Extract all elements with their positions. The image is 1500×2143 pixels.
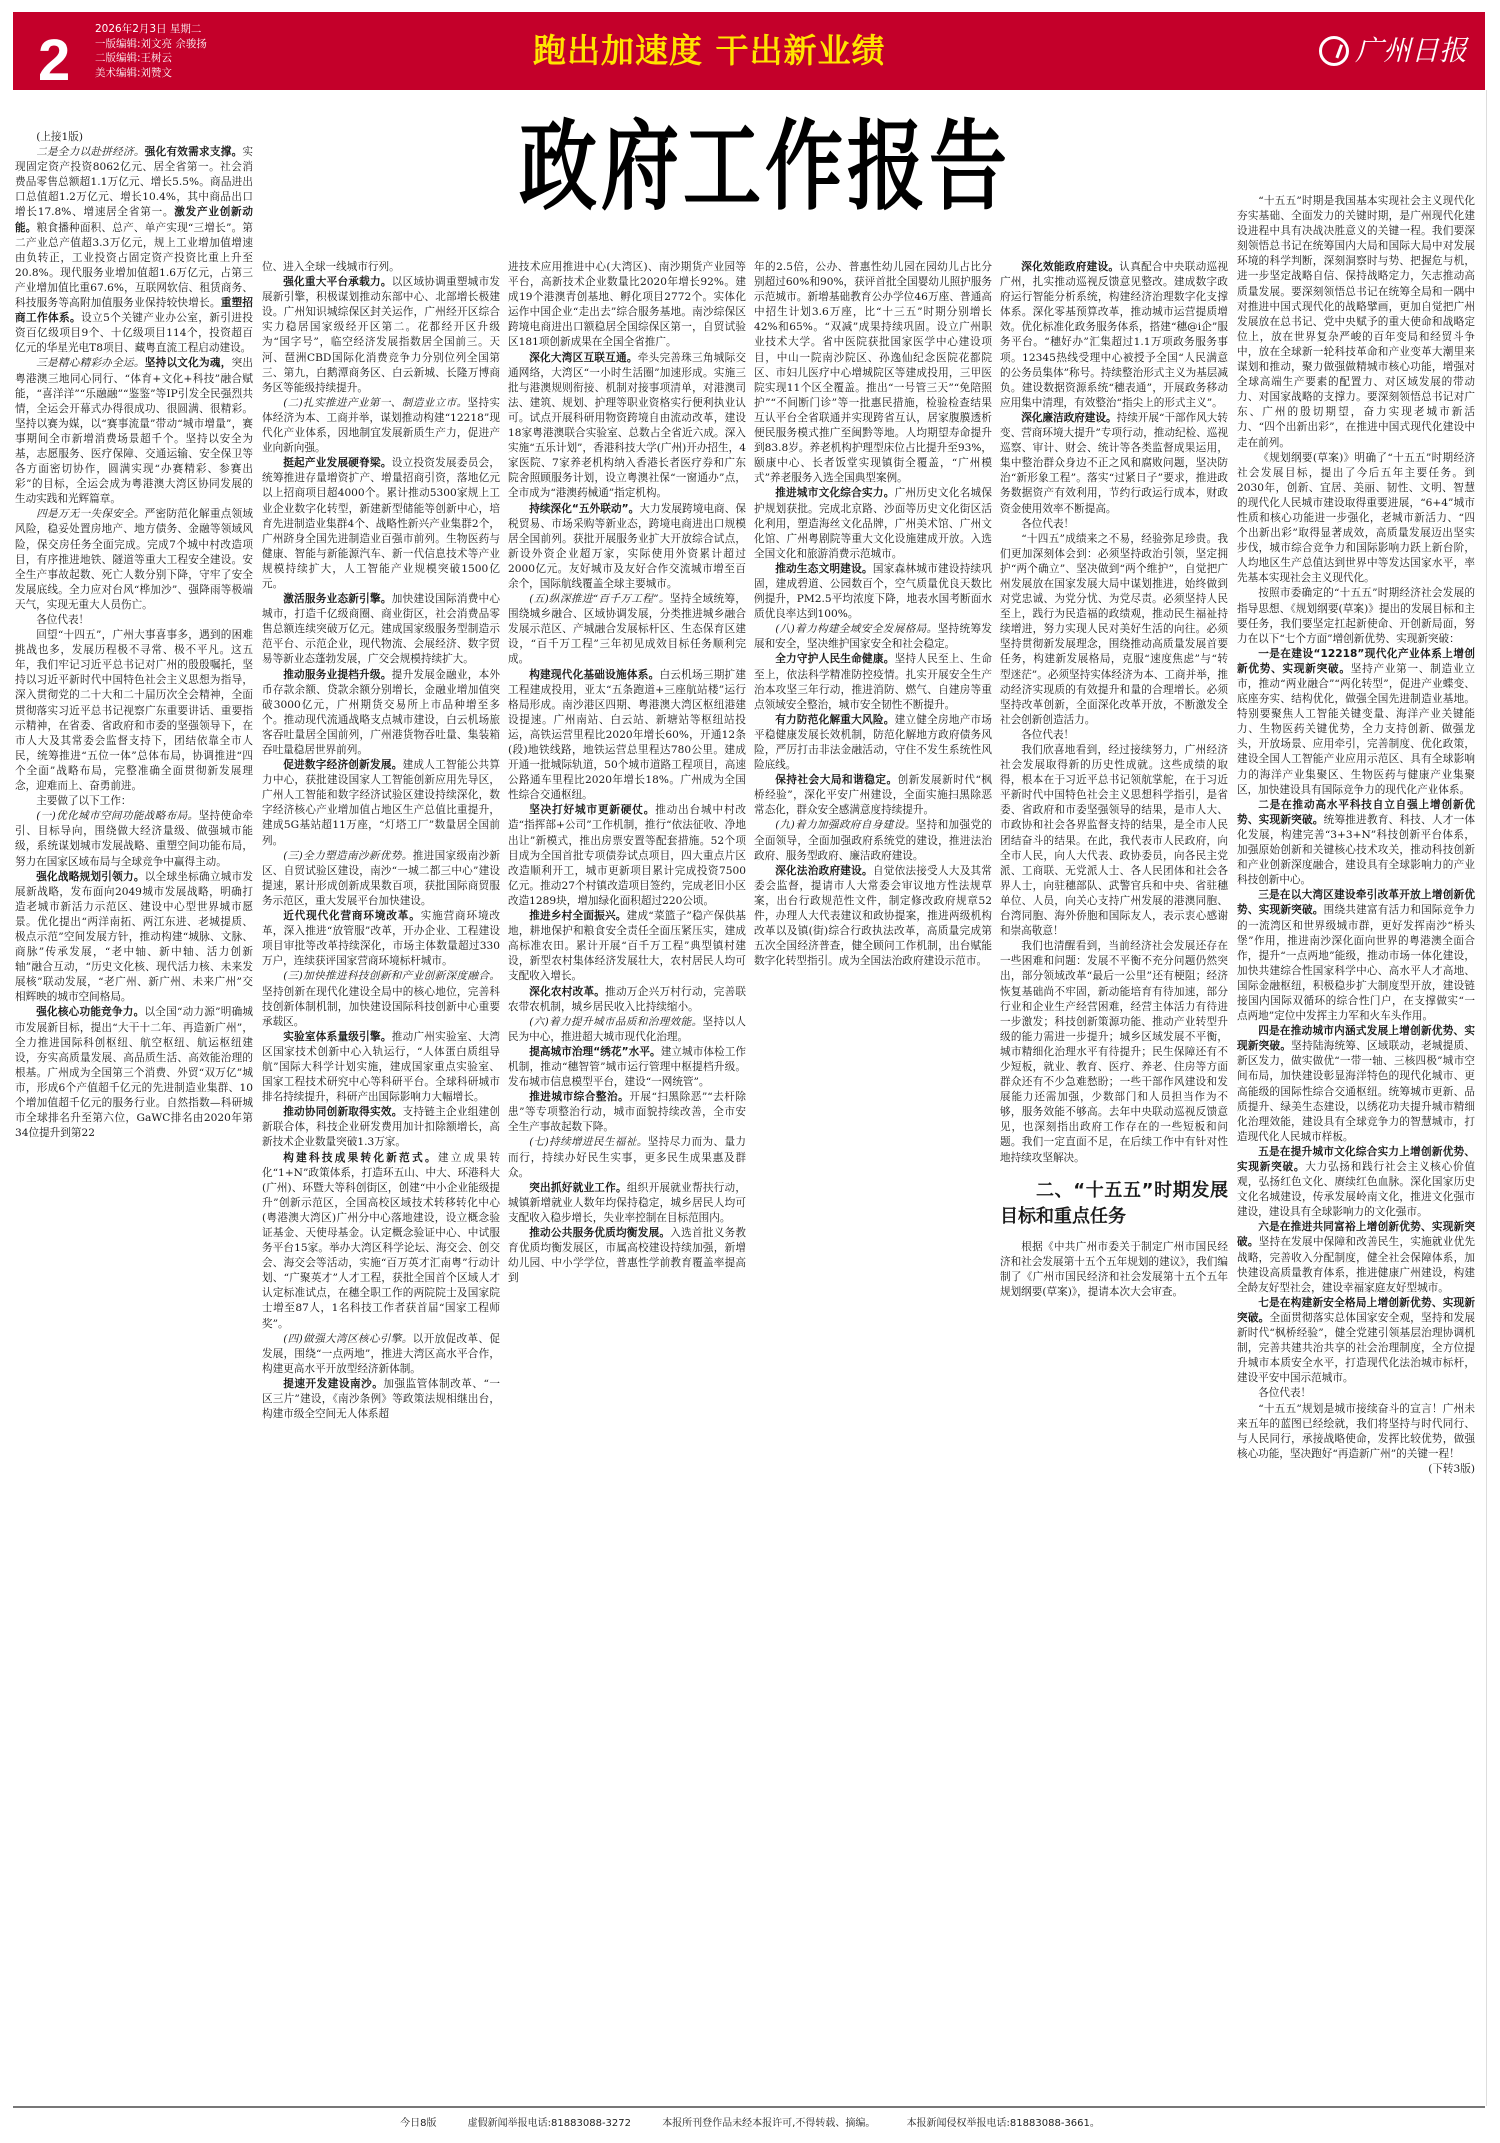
paragraph: “十五五”规划是城市接续奋斗的宣言！广州未来五年的蓝图已经绘就，我们将坚持与时代… <box>1237 1402 1475 1462</box>
paragraph: 深化大湾区互联互通。牵头完善珠三角城际交通网络，大湾区“一小时生活圈”加速形成。… <box>508 351 746 502</box>
paragraph: 按照市委确定的“十五五”时期经济社会发展的指导思想、《规划纲要(草案)》提出的发… <box>1237 586 1475 646</box>
masthead-banner: 2 2026年2月3日 星期二 一版编辑:刘文亮 佘骏扬 二版编辑:王树云 美术… <box>13 12 1485 90</box>
article-column-6: “十五五”时期是我国基本实现社会主义现代化夯实基础、全面发力的关键时期，是广州现… <box>1237 130 1475 2095</box>
continued-to-note: (下转3版) <box>1237 1462 1475 1477</box>
paragraph: 深化廉洁政府建设。持续开展“干部作风大转变、营商环境大提升”专项行动，推动纪检、… <box>1000 411 1228 517</box>
footer-copyright-notice: 本报所刊登作品未经本报许可,不得转载、摘编。 <box>662 2118 875 2129</box>
newspaper-logo: 广州日报 <box>1319 28 1467 74</box>
editor-line-2: 二版编辑:王树云 <box>95 51 207 66</box>
paragraph: 挺起产业发展硬脊梁。设立投资发展委员会，统筹推进存量增资扩产、增量招商引资，落地… <box>262 456 500 592</box>
page-headline: 政府工作报告 <box>500 106 1030 231</box>
paragraph: 推进乡村全面振兴。建成“菜篮子”稳产保供基地，耕地保护和粮食安全责任全面压紧压实… <box>508 909 746 984</box>
paragraph: 深化农村改革。推动万企兴万村行动，完善联农带农机制，城乡居民收入比持续缩小。 <box>508 985 746 1015</box>
paragraph: (三)全力塑造南沙新优势。推进国家级南沙新区、自贸试验区建设，南沙“一城二都三中… <box>262 849 500 909</box>
paragraph: 根据《中共广州市委关于制定广州市国民经济和社会发展第十五个五年规划的建议》，我们… <box>1000 1240 1228 1300</box>
paragraph: (九)着力加强政府自身建设。坚持和加强党的全面领导，全面加强政府系统党的建设，推… <box>754 818 992 863</box>
paragraph: 位、进入全球一线城市行列。 <box>262 260 500 275</box>
paragraph: 推动协同创新取得实效。支持链主企业组建创新联合体，科技企业研发费用加计扣除额增长… <box>262 1105 500 1150</box>
editor-line-3: 美术编辑:刘赞文 <box>95 66 207 81</box>
paragraph: 突出抓好就业工作。组织开展就业帮扶行动，城镇新增就业人数年均保持稳定，城乡居民人… <box>508 1181 746 1226</box>
paragraph: “十五五”时期是我国基本实现社会主义现代化夯实基础、全面发力的关键时期，是广州现… <box>1237 194 1475 451</box>
footer-divider <box>13 2106 1485 2108</box>
footer-page-count: 今日8版 <box>400 2118 436 2129</box>
paragraph: 七是在构建新安全格局上增创新优势、实现新突破。全面贯彻落实总体国家安全观，坚持和… <box>1237 1296 1475 1387</box>
continued-from-note: (上接1版) <box>15 130 253 145</box>
paragraph: 激活服务业态新引擎。加快建设国际消费中心城市，打造千亿级商圈、商业街区，社会消费… <box>262 592 500 667</box>
paragraph: 构建现代化基础设施体系。白云机场三期扩建工程建成投用，亚太“五条跑道+三座航站楼… <box>508 668 746 804</box>
paragraph: (二)扎实推进产业第一、制造业立市。坚持实体经济为本、工商并举，谋划推动构建“1… <box>262 396 500 456</box>
paragraph: (七)持续增进民生福祉。坚持尽力而为、量力而行，持续办好民生实事，更多民生成果惠… <box>508 1135 746 1180</box>
paragraph: 提速开发建设南沙。加强监管体制改革、“一区三片”建设，《南沙条例》等政策法规相继… <box>262 1377 500 1422</box>
paragraph: 坚决打好城市更新硬仗。推动出台城中村改造“指挥部+公司”工作机制，推行“依法征收… <box>508 803 746 909</box>
paragraph: 全力守护人民生命健康。坚持人民至上、生命至上，依法科学精准防控疫情。扎实开展安全… <box>754 652 992 712</box>
paragraph: 进技术应用推进中心(大湾区)、南沙期货产业园等平台，高新技术企业数量比2020年… <box>508 260 746 351</box>
paragraph: 深化效能政府建设。认真配合中央联动巡视广州，扎实推动巡视反馈意见整改。建成数字政… <box>1000 260 1228 411</box>
paragraph: 推进城市综合整治。开展“扫黑除恶”“去杆除患”等专项整治行动，城市面貌持续改善，… <box>508 1090 746 1135</box>
paragraph: 推进城市文化综合实力。广州历史文化名城保护规划获批。完成北京路、沙面等历史文化街… <box>754 486 992 561</box>
paragraph: 推动生态文明建设。国家森林城市建设持续巩固，建成碧道、公园数百个，空气质量优良天… <box>754 562 992 622</box>
issue-date: 2026年2月3日 星期二 <box>95 22 207 37</box>
article-column-5: 深化效能政府建设。认真配合中央联动巡视广州，扎实推动巡视反馈意见整改。建成数字政… <box>1000 260 1228 2095</box>
paragraph: (四)做强大湾区核心引擎。以开放促改革、促发展，围绕“一点两地”，推进大湾区高水… <box>262 1332 500 1377</box>
paragraph: 《规划纲要(草案)》明确了“十五五”时期经济社会发展目标，提出了今后五年主要任务… <box>1237 451 1475 587</box>
section-slogan: 跑出加速度 干出新业绩 <box>533 26 886 76</box>
paragraph: 保持社会大局和谐稳定。创新发展新时代“枫桥经验”，深化平安广州建设，全面实施扫黑… <box>754 773 992 818</box>
paragraph: 四是万无一失保安全。严密防范化解重点领域风险，稳妥处置房地产、地方债务、金融等领… <box>15 507 253 613</box>
paragraph: 二是全力以赴拼经济。强化有效需求支撑。实现固定资产投资8062亿元、居全省第一。… <box>15 145 253 356</box>
paragraph: 回望“十四五”，广州大事喜事多，遇到的困难挑战也多，发展历程极不寻常、极不平凡。… <box>15 628 253 794</box>
paragraph: 我们欣喜地看到，经过接续努力，广州经济社会发展取得新的历史性成就。这些成绩的取得… <box>1000 743 1228 939</box>
paragraph: (六)着力提升城市品质和治理效能。坚持以人民为中心，推进超大城市现代化治理。 <box>508 1015 746 1045</box>
page-footer: 今日8版 虚假新闻举报电话:81883088-3272 本报所刊登作品未经本报许… <box>0 2114 1500 2129</box>
footer-fake-news-hotline: 虚假新闻举报电话:81883088-3272 <box>468 2118 631 2129</box>
paragraph: 各位代表！ <box>15 613 253 628</box>
paragraph: 促进数字经济创新发展。建成人工智能公共算力中心，获批建设国家人工智能创新应用先导… <box>262 758 500 849</box>
paragraph: 强化战略规划引领力。以全球坐标确立城市发展新战略，发布面向2049城市发展战略，… <box>15 870 253 1006</box>
article-column-1: (上接1版) 二是全力以赴拼经济。强化有效需求支撑。实现固定资产投资8062亿元… <box>15 130 253 2095</box>
paragraph: 有力防范化解重大风险。建立健全房地产市场平稳健康发展长效机制，防范化解地方政府债… <box>754 713 992 773</box>
paragraph: 各位代表！ <box>1000 517 1228 532</box>
paragraph: 四是在推动城市内涵式发展上增创新优势、实现新突破。坚持陆海统筹、区域联动，老城提… <box>1237 1024 1475 1145</box>
paragraph: 二是在推动高水平科技自立自强上增创新优势、实现新突破。统筹推进教育、科技、人才一… <box>1237 798 1475 889</box>
paragraph: 五是在提升城市文化综合实力上增创新优势、实现新突破。大力弘扬和践行社会主义核心价… <box>1237 1145 1475 1220</box>
paragraph: 强化核心功能竞争力。以全国“动力源”明确城市发展新目标，提出“大干十二年、再造新… <box>15 1005 253 1141</box>
paragraph: 各位代表！ <box>1237 1386 1475 1401</box>
paragraph: 三是精心精彩办全运。坚持以文化为魂，突出粤港澳三地同心同行、“体育+文化+科技”… <box>15 356 253 507</box>
article-column-4: 年的2.5倍，公办、普惠性幼儿园在园幼儿占比分别超过60%和90%，获评首批全国… <box>754 260 992 2095</box>
page-edge-rule <box>1486 90 1487 2106</box>
paragraph: 年的2.5倍，公办、普惠性幼儿园在园幼儿占比分别超过60%和90%，获评首批全国… <box>754 260 992 486</box>
paragraph: 一是在建设“12218”现代化产业体系上增创新优势、实现新突破。坚持产业第一、制… <box>1237 647 1475 798</box>
editor-line-1: 一版编辑:刘文亮 佘骏扬 <box>95 37 207 52</box>
paragraph: 提高城市治理“绣花”水平。建立城市体检工作机制，推动“穗智管”城市运行管理中枢提… <box>508 1045 746 1090</box>
paragraph: 持续深化“五外联动”。大力发展跨境电商、保税贸易、市场采购等新业态，跨境电商进出… <box>508 502 746 593</box>
logo-mark-icon <box>1319 36 1349 66</box>
page-number: 2 <box>38 32 70 90</box>
section-heading: 二、“十五五”时期发展目标和重点任务 <box>1000 1178 1228 1230</box>
paragraph: 各位代表！ <box>1000 728 1228 743</box>
paragraph: (一)优化城市空间功能战略布局。坚持使命牵引、目标导向，围绕做大经济量级、做强城… <box>15 809 253 869</box>
article-column-2: 位、进入全球一线城市行列。 强化重大平台承载力。以区域协调重塑城市发展新引擎，积… <box>262 260 500 2095</box>
paragraph: 推动服务业提档升级。提升发展金融业，本外币存款余额、贷款余额分别增长，金融业增加… <box>262 668 500 759</box>
paragraph: 六是在推进共同富裕上增创新优势、实现新突破。坚持在发展中保障和改善民生，实施就业… <box>1237 1220 1475 1295</box>
editor-credits: 2026年2月3日 星期二 一版编辑:刘文亮 佘骏扬 二版编辑:王树云 美术编辑… <box>95 22 207 80</box>
paragraph: (三)加快推进科技创新和产业创新深度融合。坚持创新在现代化建设全局中的核心地位，… <box>262 969 500 1029</box>
paragraph: (八)着力构建全域安全发展格局。坚持统筹发展和安全，坚决维护国家安全和社会稳定。 <box>754 622 992 652</box>
newspaper-name: 广州日报 <box>1355 28 1467 74</box>
column-top-spacer <box>1237 130 1475 194</box>
paragraph: 推动公共服务优质均衡发展。入选首批义务教育优质均衡发展区，市属高校建设持续加强，… <box>508 1226 746 1286</box>
paragraph: 主要做了以下工作： <box>15 794 253 809</box>
footer-infringement-hotline: 本报新闻侵权举报电话:81883088-3661。 <box>907 2118 1100 2129</box>
paragraph: 强化重大平台承载力。以区域协调重塑城市发展新引擎，积极谋划推动东部中心、北部增长… <box>262 275 500 396</box>
paragraph: 我们也清醒看到，当前经济社会发展还存在一些困难和问题：发展不平衡不充分问题仍然突… <box>1000 939 1228 1165</box>
paragraph: (五)纵深推进“百千万工程”。坚持全域统筹，围绕城乡融合、区域协调发展，分类推进… <box>508 592 746 667</box>
paragraph: “十四五”成绩来之不易，经验弥足珍贵。我们更加深刻体会到：必须坚持政治引领，坚定… <box>1000 532 1228 728</box>
article-column-3: 进技术应用推进中心(大湾区)、南沙期货产业园等平台，高新技术企业数量比2020年… <box>508 260 746 2095</box>
paragraph: 实验室体系量级引擎。推动广州实验室、大湾区国家技术创新中心入轨运行，“人体蛋白质… <box>262 1030 500 1105</box>
paragraph: 近代现代化营商环境改革。实施营商环境改革，深入推进“放管服”改革，开办企业、工程… <box>262 909 500 969</box>
paragraph: 三是在以大湾区建设牵引改革开放上增创新优势、实现新突破。围绕共建富有活力和国际竞… <box>1237 888 1475 1024</box>
paragraph: 构建科技成果转化新范式。建立成果转化“1+N”政策体系，打造环五山、中大、环港科… <box>262 1151 500 1332</box>
paragraph: 深化法治政府建设。自觉依法接受人大及其常委会监督，提请市人大常委会审议地方性法规… <box>754 864 992 970</box>
